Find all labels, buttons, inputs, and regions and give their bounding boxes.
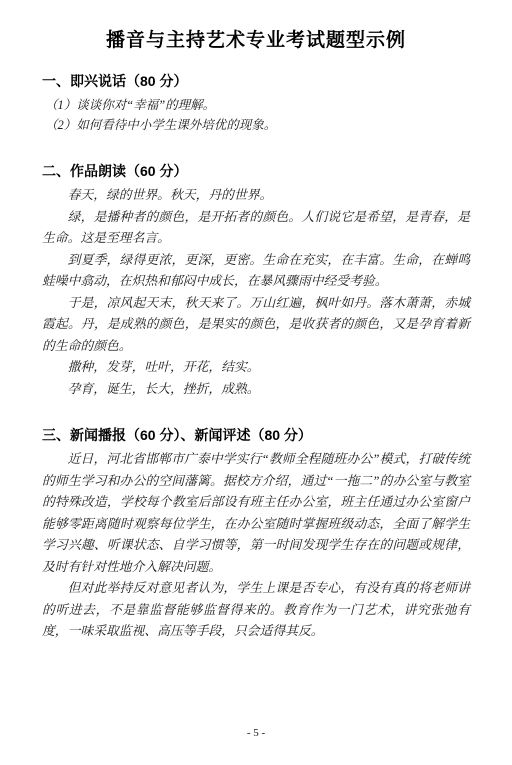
section-3-heading: 三、新闻播报（60 分）、新闻评述（80 分） bbox=[42, 426, 470, 444]
question-item-1: （1）谈谈你对“幸福”的理解。 bbox=[42, 96, 470, 116]
reading-paragraph: 到夏季，绿得更浓，更深，更密。生命在充实，在丰富。生命，在蝉鸣蛙噪中翕动，在炽热… bbox=[42, 250, 470, 293]
document-page: 播音与主持艺术专业考试题型示例 一、即兴说话（80 分） （1）谈谈你对“幸福”… bbox=[0, 0, 512, 765]
reading-paragraph: 春天，绿的世界。秋天，丹的世界。 bbox=[42, 185, 470, 207]
document-title: 播音与主持艺术专业考试题型示例 bbox=[42, 28, 470, 54]
section-reading-aloud: 二、作品朗读（60 分） 春天，绿的世界。秋天，丹的世界。 绿，是播种者的颜色，… bbox=[42, 162, 470, 400]
news-paragraph: 但对此举持反对意见者认为，学生上课是否专心，有没有真的将老师讲的听进去，不是靠监… bbox=[42, 578, 470, 643]
page-footer: - 5 - bbox=[0, 723, 512, 741]
reading-paragraph: 撒种，发芽，吐叶，开花，结实。 bbox=[42, 357, 470, 379]
section-1-heading: 一、即兴说话（80 分） bbox=[42, 72, 470, 90]
page-number: - 5 - bbox=[247, 727, 265, 739]
section-news-broadcast: 三、新闻播报（60 分）、新闻评述（80 分） 近日，河北省邯郸市广泰中学实行“… bbox=[42, 426, 470, 643]
reading-paragraph: 于是，凉风起天末，秋天来了。万山红遍，枫叶如丹。落木萧萧，赤城霞起。丹，是成熟的… bbox=[42, 293, 470, 358]
news-paragraph: 近日，河北省邯郸市广泰中学实行“教师全程随班办公”模式，打破传统的师生学习和办公… bbox=[42, 449, 470, 578]
question-item-2: （2）如何看待中小学生课外培优的现象。 bbox=[42, 116, 470, 136]
reading-paragraph: 绿，是播种者的颜色，是开拓者的颜色。人们说它是希望，是青春，是生命。这是至理名言… bbox=[42, 207, 470, 250]
section-2-heading: 二、作品朗读（60 分） bbox=[42, 162, 470, 180]
reading-paragraph: 孕育，诞生，长大，挫折，成熟。 bbox=[42, 379, 470, 401]
section-improvised-speaking: 一、即兴说话（80 分） （1）谈谈你对“幸福”的理解。 （2）如何看待中小学生… bbox=[42, 72, 470, 135]
